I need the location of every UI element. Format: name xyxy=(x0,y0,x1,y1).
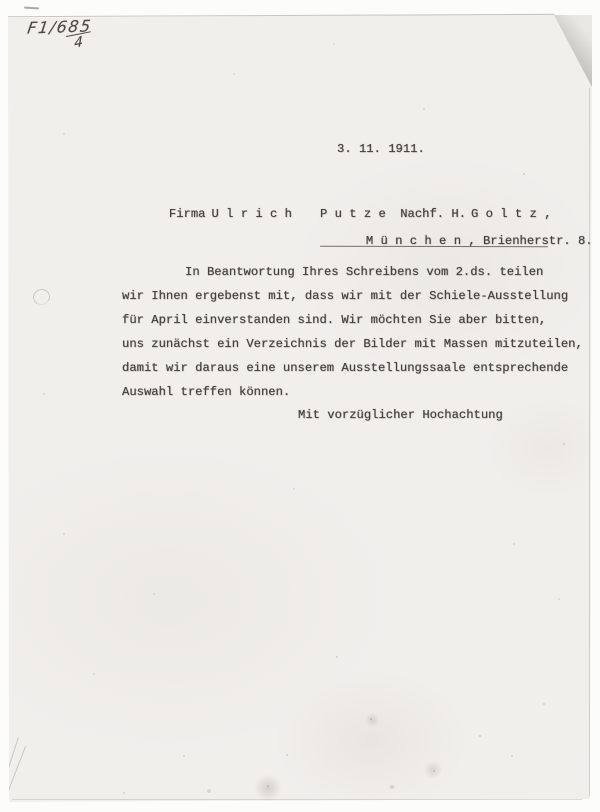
body-line: Auswahl treffen können. xyxy=(122,386,290,398)
paper-right-edge xyxy=(589,88,590,796)
scanned-letter-page: F1/685 4 3. 11. 1911. FirmaUlrich PutzeN… xyxy=(0,0,600,812)
recipient-comma: , xyxy=(544,207,551,221)
body-line: für April einverstanden sind. Wir möchte… xyxy=(122,314,546,326)
paper-sheet: F1/685 4 3. 11. 1911. FirmaUlrich PutzeN… xyxy=(3,13,596,804)
stain xyxy=(423,761,443,779)
crease-line xyxy=(3,746,26,804)
body-line: In Beantwortung Ihres Schreibens vom 2.d… xyxy=(185,266,543,278)
recipient-surname: Goltz xyxy=(471,207,544,221)
dust-specks xyxy=(3,13,5,15)
address-line: München, Brienherstr. 8. xyxy=(322,223,593,260)
body-line: damit wir daraus eine unserem Ausstellun… xyxy=(122,362,568,374)
recipient-prefix: Firma xyxy=(169,207,206,221)
archive-denominator: 4 xyxy=(66,31,91,53)
letter-closing: Mit vorzüglicher Hochachtung xyxy=(298,409,503,421)
archive-note: F1/685 4 xyxy=(27,15,119,66)
stain xyxy=(365,713,380,727)
paper-edge-line xyxy=(4,251,5,351)
body-line: uns zunächst ein Verzeichnis der Bilder … xyxy=(122,338,583,350)
recipient-name: Ulrich Putze xyxy=(211,207,393,221)
body-line: wir Ihnen ergebenst mit, dass wir mit de… xyxy=(122,290,568,302)
letter-date: 3. 11. 1911. xyxy=(337,143,425,155)
ring-stain xyxy=(31,287,52,307)
recipient-successor: Nachf. H. xyxy=(400,207,466,221)
scan-artifact-dash xyxy=(24,7,39,10)
stain xyxy=(253,775,283,801)
paper-bottom-edge xyxy=(12,799,582,800)
